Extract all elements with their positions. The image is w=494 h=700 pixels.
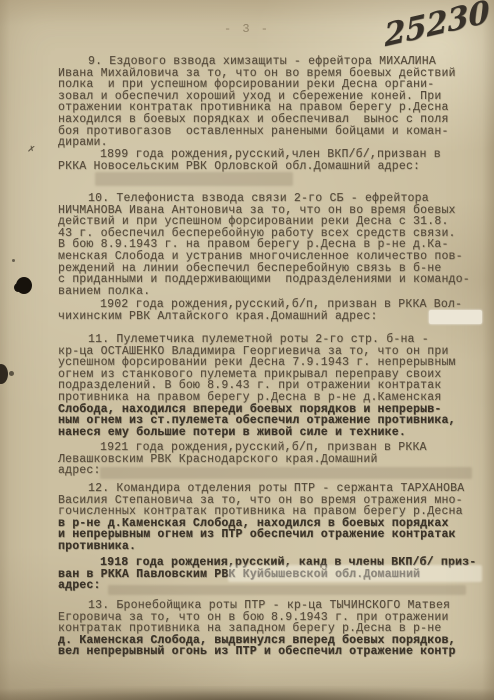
paragraph-item-10: 10. Телефониста взвода связи 2-го СБ - е…: [58, 193, 482, 297]
text-line: 1899 года рождения,русский,член ВКП/б/,п…: [58, 149, 482, 161]
text-line: дирами.: [58, 137, 482, 149]
text-line: боя противогазов оставленных ранеными бо…: [58, 126, 482, 138]
text-line: 11. Пулеметчика пулеметной роты 2-го стр…: [58, 334, 482, 346]
text-line: 10. Телефониста взвода связи 2-го СБ - е…: [58, 193, 482, 205]
paragraph-item-9: 9. Ездового взвода химзащиты - ефрейтора…: [58, 56, 482, 149]
text-line: противника.: [58, 541, 482, 553]
paragraph-item-12: 12. Командира отделения роты ПТР - сержа…: [58, 483, 482, 553]
redaction-bar: [429, 310, 482, 324]
scanned-paper: - 3 - 25230 ✗ 9. Ездового взвода химзащи…: [0, 0, 494, 700]
text-line: менская Слобода и устранив многочисленно…: [58, 251, 482, 263]
text-line: 1902 года рождения,русский,б/п, призван …: [58, 299, 482, 311]
text-line: 12. Командира отделения роты ПТР - сержа…: [58, 483, 482, 495]
text-line: вел непрерывный огонь из ПТР и обеспечил…: [58, 646, 482, 658]
text-line: ным огнем из ст.пулемета обеспечил отраж…: [58, 415, 482, 427]
text-layer: 9. Ездового взвода химзащиты - ефрейтора…: [0, 0, 494, 700]
paragraph-item-10-bio: 1902 года рождения,русский,б/п, призван …: [58, 299, 482, 322]
ink-blot: [16, 277, 32, 294]
paragraph-item-13: 13. Бронебойщика роты ПТР - кр-ца ТЫЧИНС…: [58, 600, 482, 658]
text-line: Левашковским РВК Краснодарского края.Дом…: [58, 454, 482, 466]
redaction-bar: [228, 565, 482, 582]
text-line: нанеся ему большие потери в живой силе и…: [58, 427, 482, 439]
text-line: с приданными и поддерживающими подраздел…: [58, 274, 482, 286]
text-line: 9. Ездового взвода химзащиты - ефрейтора…: [58, 56, 482, 68]
text-line: 13. Бронебойщика роты ПТР - кр-ца ТЫЧИНС…: [58, 600, 482, 612]
paragraph-item-11: 11. Пулеметчика пулеметной роты 2-го стр…: [58, 334, 482, 438]
ink-speck: [12, 259, 15, 262]
paragraph-item-9-bio: 1899 года рождения,русский,член ВКП/б/,п…: [58, 149, 482, 172]
redaction-bar: [100, 467, 472, 479]
redaction-bar: [108, 585, 466, 595]
text-line: РККА Новосельским РВК Орловской обл.Дома…: [58, 161, 482, 173]
text-line: чихинским РВК Алтайского края.Домашний а…: [58, 311, 482, 323]
redaction-bar: [95, 172, 293, 186]
text-line: ванием полка.: [58, 286, 482, 298]
ink-blot: [9, 371, 14, 376]
text-line: противника на правом берегу р.Десна в р-…: [58, 392, 482, 404]
text-line: находился в боевых порядках и обеспечива…: [58, 114, 482, 126]
text-line: 1921 года рождения,русский,б/п, призван …: [58, 442, 482, 454]
scan-edge-shadow: [0, 686, 494, 700]
